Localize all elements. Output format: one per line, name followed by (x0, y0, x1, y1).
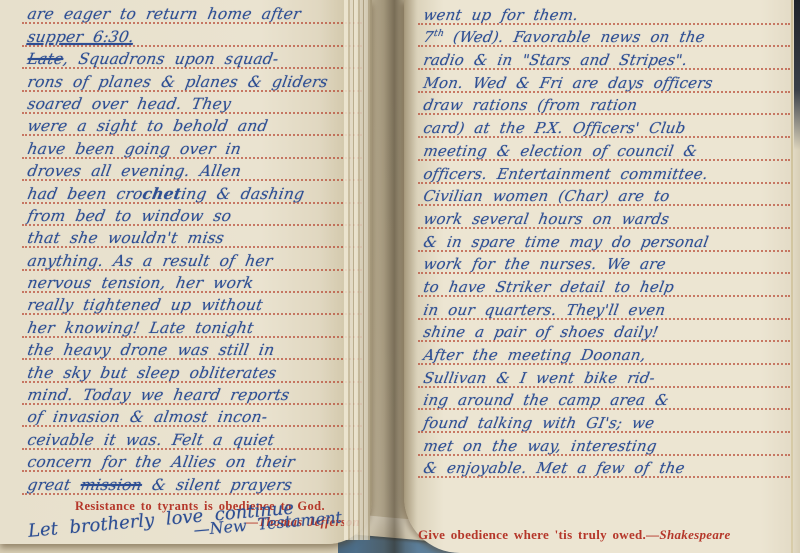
handwritten-line: had been crocheting & dashing (24, 182, 362, 204)
handwritten-line: ceivable it was. Felt a quiet (24, 428, 362, 450)
handwritten-line: After the meeting Doonan, (420, 343, 790, 366)
handwritten-line: Late, Squadrons upon squad- (24, 48, 362, 70)
handwritten-line: are eager to return home after (24, 3, 362, 25)
handwritten-line: 7th (Wed). Favorable news on the (420, 26, 790, 49)
handwritten-line: card) at the P.X. Officers' Club (420, 116, 790, 139)
top-right-dark-edge (794, 0, 800, 150)
handwritten-line: radio & in "Stars and Stripes". (420, 48, 790, 71)
diary-photo: are eager to return home aftersupper 6:3… (0, 0, 800, 553)
diary-left-page: are eager to return home aftersupper 6:3… (0, 0, 372, 544)
handwritten-line: Civilian women (Char) are to (420, 185, 790, 208)
handwritten-line: to have Striker detail to help (420, 275, 790, 298)
handwritten-line: shine a pair of shoes daily! (420, 321, 790, 344)
diary-right-page: went up for them.7th (Wed). Favorable ne… (404, 0, 800, 553)
handwritten-line: Sullivan & I went bike rid- (420, 366, 790, 389)
handwritten-line: met on the way, interesting (420, 434, 790, 457)
handwritten-line: work for the nurses. We are (420, 253, 790, 276)
handwritten-line: that she wouldn't miss (24, 227, 362, 249)
handwritten-line: from bed to window so (24, 205, 362, 227)
printed-quote-text: Give obedience where 'tis truly owed. (418, 527, 646, 542)
handwritten-line: meeting & election of council & (420, 139, 790, 162)
page-edges-near-gutter (344, 0, 370, 540)
handwritten-line: concern for the Allies on their (24, 451, 362, 473)
handwritten-line: ing around the camp area & (420, 389, 790, 412)
handwritten-line: rons of planes & planes & gliders (24, 70, 362, 92)
handwritten-line: the sky but sleep obliterates (24, 361, 362, 383)
handwritten-line: were a sight to behold and (24, 115, 362, 137)
left-page-handwriting: are eager to return home aftersupper 6:3… (24, 3, 362, 496)
handwritten-line: her knowing! Late tonight (24, 316, 362, 338)
handwritten-line: & enjoyable. Met a few of the (420, 457, 790, 480)
handwritten-line: really tightened up without (24, 294, 362, 316)
handwritten-line: work several hours on wards (420, 207, 790, 230)
handwritten-line: found talking with GI's; we (420, 411, 790, 434)
handwritten-line: soared over head. They (24, 93, 362, 115)
right-printed-quote-block: Give obedience where 'tis truly owed.—Sh… (418, 527, 793, 543)
printed-quote-attribution: —Shakespeare (646, 527, 731, 542)
handwritten-line: officers. Entertainment committee. (420, 162, 790, 185)
handwritten-line: & in spare time may do personal (420, 230, 790, 253)
handwritten-line: of invasion & almost incon- (24, 406, 362, 428)
handwritten-line: have been going over in (24, 137, 362, 159)
handwritten-line: Mon. Wed & Fri are days officers (420, 71, 790, 94)
right-page-handwriting: went up for them.7th (Wed). Favorable ne… (420, 3, 790, 479)
handwritten-line: draw rations (from ration (420, 94, 790, 117)
right-page-edge-line (791, 0, 793, 553)
handwritten-line: nervous tension, her work (24, 272, 362, 294)
handwritten-line: went up for them. (420, 3, 790, 26)
handwritten-line: the heavy drone was still in (24, 339, 362, 361)
handwritten-line: in our quarters. They'll even (420, 298, 790, 321)
handwritten-line: supper 6:30. (24, 25, 362, 47)
handwritten-line: great mission & silent prayers (24, 473, 362, 495)
handwritten-line: anything. As a result of her (24, 249, 362, 271)
handwritten-line: mind. Today we heard reports (24, 384, 362, 406)
handwritten-line: droves all evening. Allen (24, 160, 362, 182)
